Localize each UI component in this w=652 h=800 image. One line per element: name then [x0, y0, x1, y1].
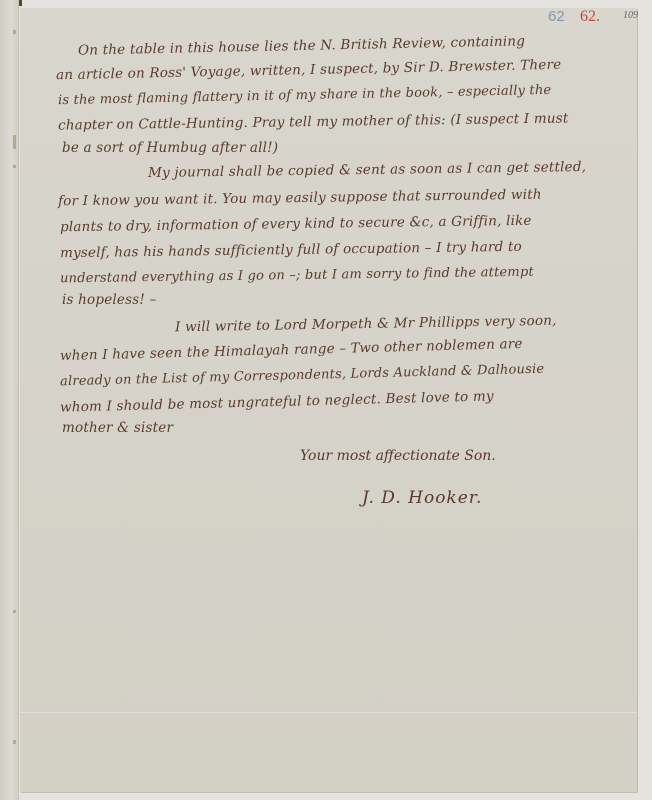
- binding-stitch: [13, 165, 16, 168]
- binding-stitch: [13, 740, 16, 744]
- folio-stamp-blue: 62: [548, 8, 565, 25]
- folio-pencil-number: 109: [623, 10, 638, 21]
- letter-line: be a sort of Humbug after all!): [62, 140, 278, 156]
- letter-closing: Your most affectionate Son.: [300, 448, 496, 464]
- manuscript-scan: 62 62. 109 On the table in this house li…: [0, 0, 652, 800]
- binding-stitch: [13, 30, 16, 34]
- folio-stamp-red: 62.: [580, 8, 600, 26]
- book-binding: [0, 0, 19, 800]
- letter-signature: J. D. Hooker.: [362, 488, 482, 508]
- binding-stitch: [13, 135, 16, 149]
- binding-stitch: [13, 610, 16, 613]
- letter-line: is hopeless! –: [62, 292, 156, 308]
- letter-line: mother & sister: [62, 420, 173, 436]
